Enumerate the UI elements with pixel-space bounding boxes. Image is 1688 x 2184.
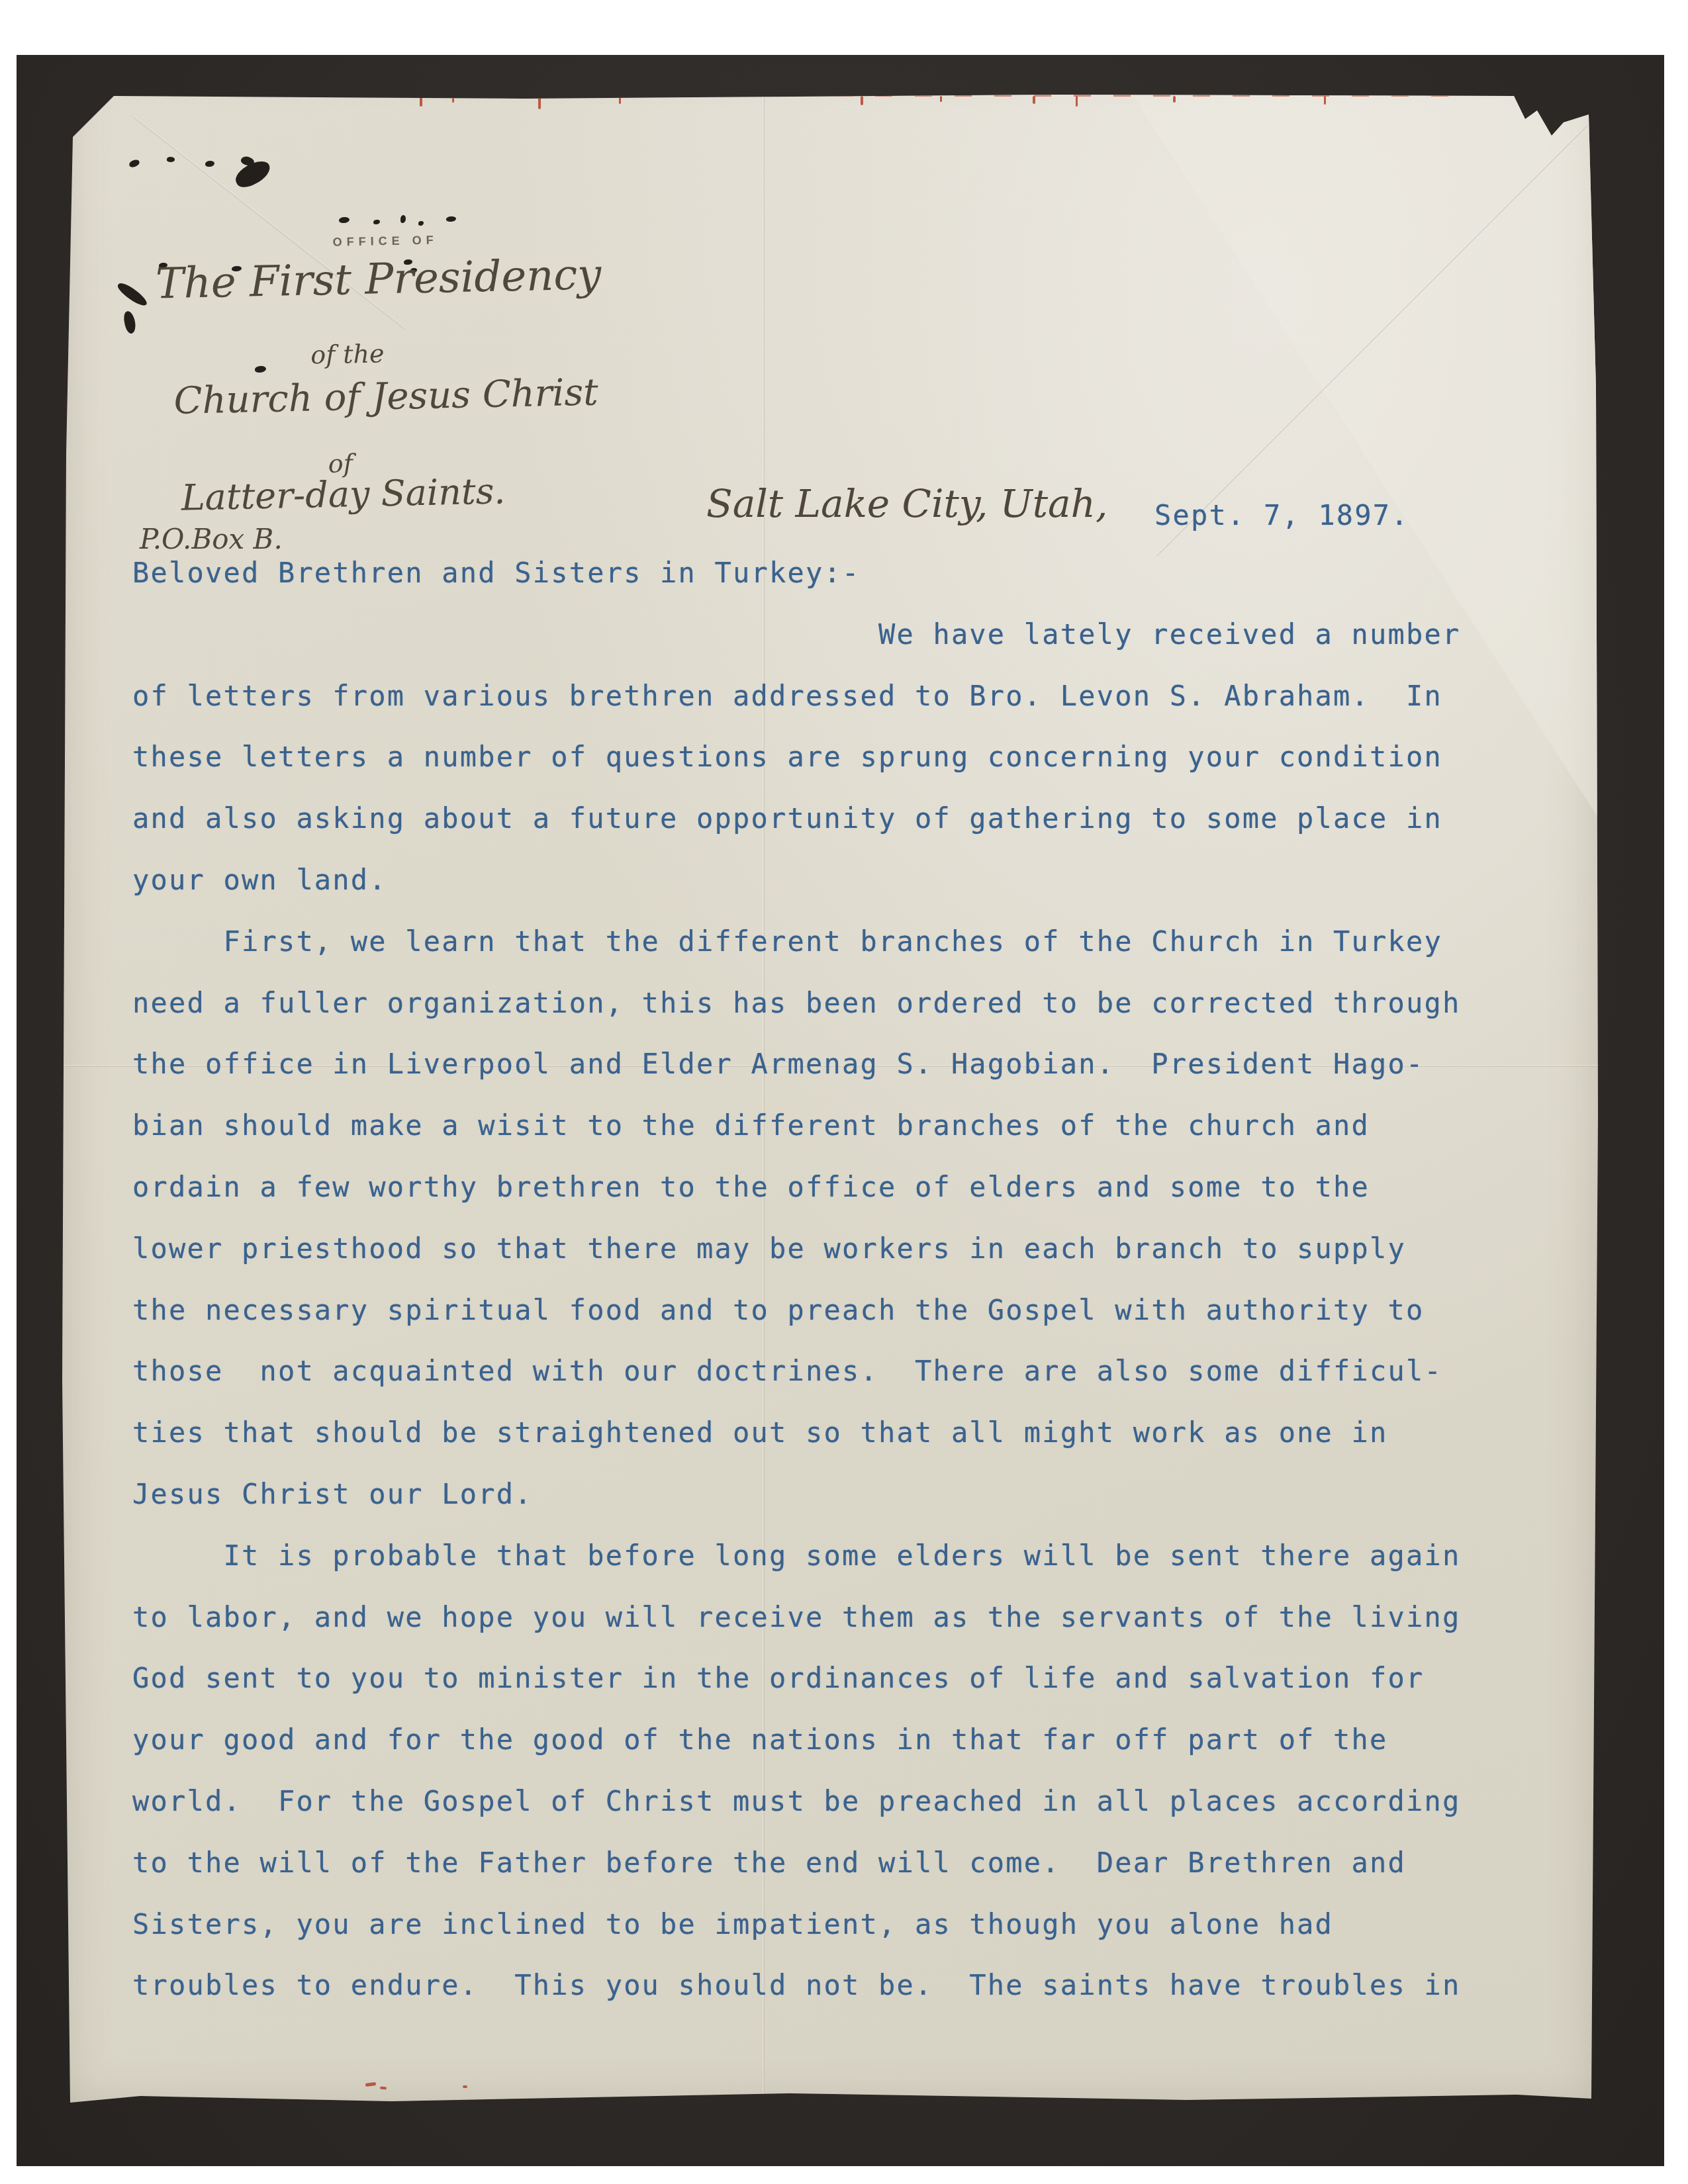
- typed-line: troubles to endure. This you should not …: [132, 1955, 1461, 2017]
- typed-line: lower priesthood so that there may be wo…: [132, 1218, 1461, 1280]
- red-edge-drip: [1033, 96, 1035, 104]
- red-edge-drip: [538, 96, 541, 109]
- ink-blot: [255, 366, 266, 373]
- red-edge-drip: [1076, 96, 1078, 107]
- typed-line: the necessary spiritual food and to prea…: [132, 1280, 1461, 1342]
- ink-blot: [166, 156, 175, 163]
- letterhead: OFFICE OF The First Presidencyof theChur…: [61, 40, 1597, 73]
- letterhead-script-line: of the: [310, 339, 385, 369]
- typed-line: world. For the Gospel of Christ must be …: [132, 1771, 1461, 1833]
- ink-blot: [373, 220, 380, 224]
- red-bottom-mark: [365, 2082, 377, 2087]
- typed-line: ties that should be straightened out so …: [132, 1402, 1461, 1464]
- typed-line: the office in Liverpool and Elder Armena…: [132, 1034, 1461, 1095]
- letterhead-script-line: Church of Jesus Christ: [173, 371, 598, 422]
- dateline-place: Salt Lake City, Utah,: [706, 481, 1107, 526]
- red-edge-drip: [452, 96, 454, 103]
- red-edge-pigment: [359, 95, 1451, 97]
- typed-line: Beloved Brethren and Sisters in Turkey:-: [132, 543, 1461, 604]
- typed-line: and also asking about a future opportuni…: [132, 788, 1461, 850]
- letterhead-script-block: The First Presidencyof theChurch of Jesu…: [61, 40, 1597, 73]
- typed-line: ordain a few worthy brethren to the offi…: [132, 1157, 1461, 1218]
- ink-blot: [400, 215, 406, 223]
- typed-line: Sisters, you are inclined to be impatien…: [132, 1894, 1461, 1956]
- typed-line: of letters from various brethren address…: [132, 666, 1461, 727]
- red-edge-drip: [940, 96, 942, 102]
- typed-line: God sent to you to minister in the ordin…: [132, 1648, 1461, 1709]
- ink-blot: [446, 216, 456, 222]
- ink-blot: [116, 280, 150, 310]
- office-of-label: OFFICE OF: [333, 233, 438, 249]
- dateline-date: Sept. 7, 1897.: [1154, 499, 1409, 531]
- typed-line: First, we learn that the different branc…: [132, 911, 1461, 973]
- typed-line: bian should make a wisit to the differen…: [132, 1095, 1461, 1157]
- red-bottom-mark: [380, 2087, 387, 2090]
- red-edge-drip: [619, 96, 621, 104]
- ink-blot: [128, 159, 140, 168]
- typed-line: need a fuller organization, this has bee…: [132, 973, 1461, 1034]
- scan-page: { "colors": { "mat_color": "#2f2b28", "p…: [0, 0, 1688, 2184]
- typed-line: It is probable that before long some eld…: [132, 1525, 1461, 1587]
- letterhead-script-line: The First Presidency: [155, 250, 602, 308]
- letter-body: Beloved Brethren and Sisters in Turkey:-…: [132, 543, 1461, 2017]
- red-edge-drip: [420, 96, 422, 107]
- ink-blot: [205, 161, 214, 167]
- typed-line: those not acquainted with our doctrines.…: [132, 1341, 1461, 1402]
- red-edge-drip: [1324, 96, 1326, 105]
- typed-line: these letters a number of questions are …: [132, 727, 1461, 788]
- red-edge-drip: [861, 96, 863, 105]
- typed-line: your good and for the good of the nation…: [132, 1709, 1461, 1771]
- typed-line: to the will of the Father before the end…: [132, 1833, 1461, 1894]
- red-bottom-mark: [463, 2085, 467, 2088]
- letterhead-script-line: Latter-day Saints.: [181, 470, 506, 518]
- red-edge-drip: [1173, 96, 1176, 103]
- black-mat-background: OFFICE OF The First Presidencyof theChur…: [17, 55, 1664, 2166]
- typed-line: We have lately received a number: [132, 604, 1461, 666]
- letter-paper: OFFICE OF The First Presidencyof theChur…: [61, 56, 1598, 2108]
- typed-line: Jesus Christ our Lord.: [132, 1464, 1461, 1525]
- ink-blot: [339, 217, 350, 223]
- typed-line: your own land.: [132, 850, 1461, 911]
- ink-blot: [418, 221, 424, 226]
- typed-line: to labor, and we hope you will receive t…: [132, 1587, 1461, 1649]
- ink-blot: [232, 158, 273, 191]
- ink-blot: [122, 310, 138, 335]
